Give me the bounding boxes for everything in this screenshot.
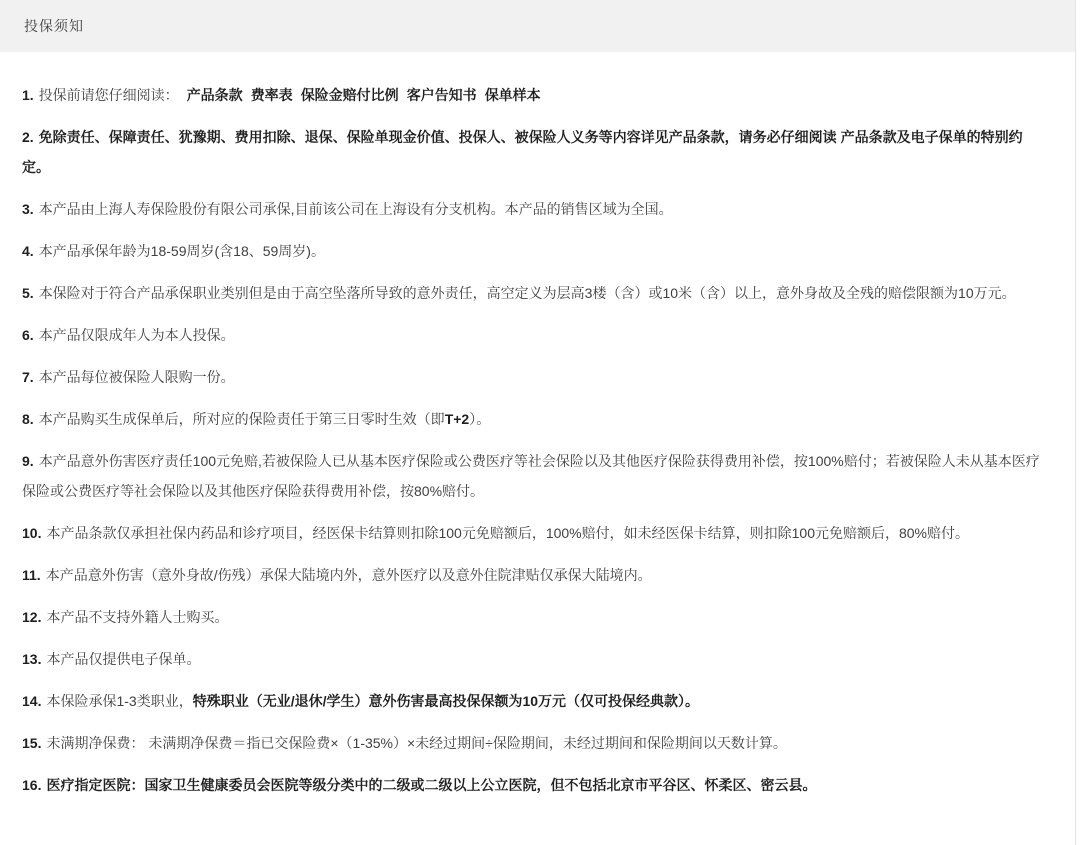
notice-number: 2. [22,129,34,145]
notice-list: 1.投保前请您仔细阅读：产品条款费率表保险金赔付比例客户告知书保单样本2.免除责… [22,80,1045,800]
notice-text: 本产品不支持外籍人士购买。 [46,609,228,625]
notice-text: 本产品意外伤害医疗责任100元免赔,若被保险人已从基本医疗保险或公费医疗等社会保… [22,453,1040,499]
notice-item-9: 9.本产品意外伤害医疗责任100元免赔,若被保险人已从基本医疗保险或公费医疗等社… [22,446,1045,506]
doc-link[interactable]: 客户告知书 [407,87,477,103]
notice-text: 本产品承保年龄为18-59周岁(含18、59周岁)。 [39,243,325,259]
notice-text: 本保险对于符合产品承保职业类别但是由于高空坠落所导致的意外责任，高空定义为层高3… [39,285,1016,301]
notice-item-1: 1.投保前请您仔细阅读：产品条款费率表保险金赔付比例客户告知书保单样本 [22,80,1045,110]
notice-number: 16. [22,777,41,793]
notice-number: 11. [22,567,41,583]
doc-link[interactable]: 产品条款 [187,87,243,103]
notice-item-7: 7.本产品每位被保险人限购一份。 [22,362,1045,392]
notice-number: 15. [22,735,41,751]
notice-item-5: 5.本保险对于符合产品承保职业类别但是由于高空坠落所导致的意外责任，高空定义为层… [22,278,1045,308]
notice-item-6: 6.本产品仅限成年人为本人投保。 [22,320,1045,350]
notice-text: 投保前请您仔细阅读： [39,87,179,103]
notice-text: 本产品仅限成年人为本人投保。 [39,327,235,343]
notice-number: 10. [22,525,41,541]
notice-text: 未满期净保费： 未满期净保费＝指已交保险费×（1-35%）×未经过期间÷保险期间… [46,735,786,751]
doc-link[interactable]: 保单样本 [485,87,541,103]
notice-item-8: 8.本产品购买生成保单后，所对应的保险责任于第三日零时生效（即T+2）。 [22,404,1045,434]
notice-number: 9. [22,453,34,469]
notice-item-2: 2.免除责任、保障责任、犹豫期、费用扣除、退保、保险单现金价值、投保人、被保险人… [22,122,1045,182]
notice-item-11: 11.本产品意外伤害（意外身故/伤残）承保大陆境内外，意外医疗以及意外住院津贴仅… [22,560,1045,590]
notice-number: 4. [22,243,34,259]
notice-item-10: 10.本产品条款仅承担社保内药品和诊疗项目，经医保卡结算则扣除100元免赔额后，… [22,518,1045,548]
notice-panel: 投保须知 1.投保前请您仔细阅读：产品条款费率表保险金赔付比例客户告知书保单样本… [0,0,1076,845]
notice-item-13: 13.本产品仅提供电子保单。 [22,644,1045,674]
notice-number: 13. [22,651,41,667]
notice-number: 6. [22,327,34,343]
notice-item-15: 15.未满期净保费： 未满期净保费＝指已交保险费×（1-35%）×未经过期间÷保… [22,728,1045,758]
notice-content: 1.投保前请您仔细阅读：产品条款费率表保险金赔付比例客户告知书保单样本2.免除责… [0,52,1075,800]
notice-item-4: 4.本产品承保年龄为18-59周岁(含18、59周岁)。 [22,236,1045,266]
page-title: 投保须知 [24,16,84,36]
notice-text: 免除责任、保障责任、犹豫期、费用扣除、退保、保险单现金价值、投保人、被保险人义务… [22,129,1023,175]
notice-number: 7. [22,369,34,385]
notice-text: 特殊职业（无业/退休/学生）意外伤害最高投保保额为10万元（仅可投保经典款）。 [193,693,699,709]
notice-text: 本产品由上海人寿保险股份有限公司承保,目前该公司在上海设有分支机构。本产品的销售… [39,201,673,217]
notice-text: ）。 [469,411,490,427]
notice-number: 8. [22,411,34,427]
notice-number: 5. [22,285,34,301]
notice-number: 3. [22,201,34,217]
notice-text: 本保险承保1-3类职业， [46,693,192,709]
notice-item-3: 3.本产品由上海人寿保险股份有限公司承保,目前该公司在上海设有分支机构。本产品的… [22,194,1045,224]
notice-text: 医疗指定医院：国家卫生健康委员会医院等级分类中的二级或二级以上公立医院，但不包括… [46,777,816,793]
notice-text: 本产品仅提供电子保单。 [46,651,200,667]
notice-number: 1. [22,87,34,103]
notice-text: 本产品购买生成保单后，所对应的保险责任于第三日零时生效（即 [39,411,445,427]
doc-link[interactable]: 费率表 [251,87,293,103]
notice-number: 12. [22,609,41,625]
notice-text: 本产品条款仅承担社保内药品和诊疗项目，经医保卡结算则扣除100元免赔额后，100… [46,525,969,541]
doc-link[interactable]: 保险金赔付比例 [301,87,399,103]
notice-item-16: 16.医疗指定医院：国家卫生健康委员会医院等级分类中的二级或二级以上公立医院，但… [22,770,1045,800]
notice-text: T+2 [445,411,470,427]
notice-item-12: 12.本产品不支持外籍人士购买。 [22,602,1045,632]
notice-item-14: 14.本保险承保1-3类职业，特殊职业（无业/退休/学生）意外伤害最高投保保额为… [22,686,1045,716]
panel-header: 投保须知 [0,0,1075,52]
notice-number: 14. [22,693,41,709]
notice-text: 本产品意外伤害（意外身故/伤残）承保大陆境内外，意外医疗以及意外住院津贴仅承保大… [46,567,652,583]
notice-text: 本产品每位被保险人限购一份。 [39,369,235,385]
